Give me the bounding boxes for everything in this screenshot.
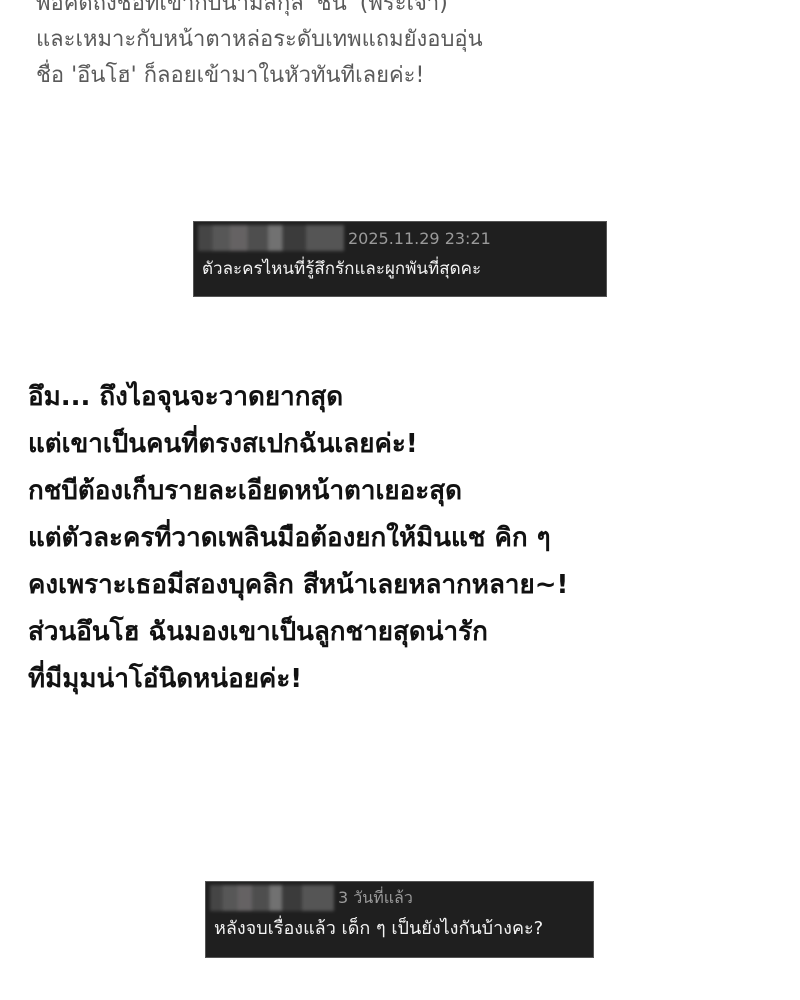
comment-header: 3 วันที่แล้ว — [206, 882, 593, 914]
blurred-username — [210, 885, 334, 911]
answer-line: กชบีต้องเก็บรายละเอียดหน้าตาเยอะสุด — [28, 468, 768, 515]
answer-line: ส่วนอึนโฮ ฉันมองเขาเป็นลูกชายสุดน่ารัก — [28, 609, 768, 656]
intro-line: พอคิดถึงชื่อที่เข้ากับนามสกุล 'ชิน' (พระ… — [36, 0, 736, 22]
intro-line: ชื่อ 'อึนโฮ' ก็ลอยเข้ามาในหัวทันทีเลยค่ะ… — [36, 58, 736, 94]
answer-paragraph: อึม... ถึงไอจุนจะวาดยากสุด แต่เขาเป็นคนท… — [28, 374, 768, 703]
answer-line: ที่มีมุมน่าโอ๋นิดหน่อยค่ะ! — [28, 656, 768, 703]
reader-comment-card: 3 วันที่แล้ว หลังจบเรื่องแล้ว เด็ก ๆ เป็… — [205, 881, 594, 958]
comment-text: หลังจบเรื่องแล้ว เด็ก ๆ เป็นยังไงกันบ้าง… — [206, 914, 593, 944]
answer-line: แต่ตัวละครที่วาดเพลินมือต้องยกให้มินแช ค… — [28, 515, 768, 562]
comment-text: ตัวละครไหนที่รู้สึกรักและผูกพันที่สุดคะ — [194, 254, 606, 284]
intro-paragraph: พอคิดถึงชื่อที่เข้ากับนามสกุล 'ชิน' (พระ… — [36, 0, 736, 94]
blurred-username — [198, 225, 344, 251]
reader-comment-card: 2025.11.29 23:21 ตัวละครไหนที่รู้สึกรักแ… — [193, 221, 607, 297]
answer-line: คงเพราะเธอมีสองบุคลิก สีหน้าเลยหลากหลาย~… — [28, 562, 768, 609]
answer-line: แต่เขาเป็นคนที่ตรงสเปกฉันเลยค่ะ! — [28, 421, 768, 468]
comment-header: 2025.11.29 23:21 — [194, 222, 606, 254]
intro-line: และเหมาะกับหน้าตาหล่อระดับเทพแถมยังอบอุ่… — [36, 22, 736, 58]
answer-line: อึม... ถึงไอจุนจะวาดยากสุด — [28, 374, 768, 421]
comment-timestamp: 2025.11.29 23:21 — [348, 229, 491, 248]
comment-timestamp: 3 วันที่แล้ว — [338, 886, 413, 911]
